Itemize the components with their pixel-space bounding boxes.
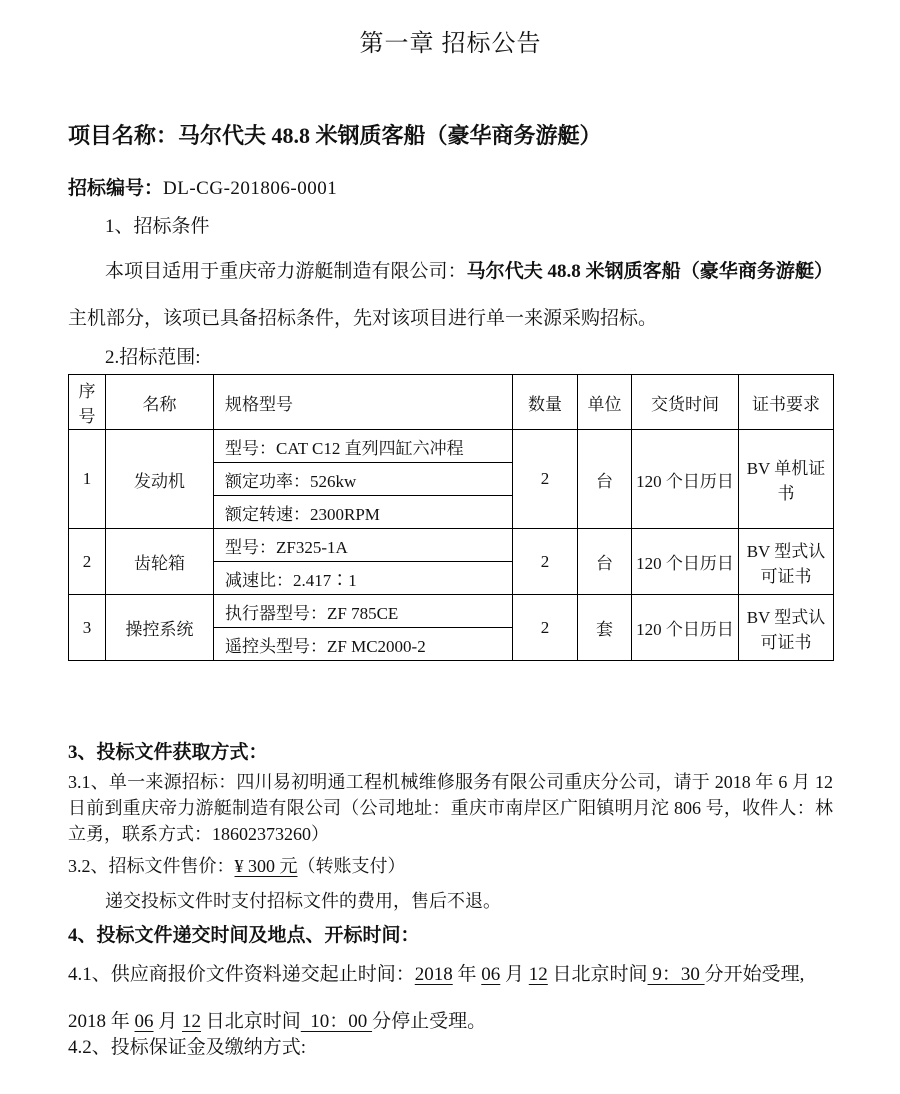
col-header-unit: 单位 <box>578 375 632 430</box>
cell-seq: 1 <box>69 430 106 529</box>
col-header-name: 名称 <box>106 375 214 430</box>
cell-unit: 套 <box>578 595 632 661</box>
section-3-heading: 3、投标文件获取方式： <box>68 741 833 764</box>
intro-project-bold: 马尔代夫 48.8 米钢质客船（豪华商务游艇） <box>467 261 833 282</box>
col-header-qty: 数量 <box>513 375 578 430</box>
cell-seq: 3 <box>69 595 106 661</box>
cell-name: 发动机 <box>106 430 214 529</box>
col-header-spec: 规格型号 <box>214 375 513 430</box>
item-4-2: 4.2、投标保证金及缴纳方式: <box>68 1036 833 1060</box>
text-stop-accepting: 分停止受理。 <box>372 1011 486 1032</box>
cell-delivery: 120 个日历日 <box>632 595 739 661</box>
col-header-seq: 序号 <box>69 375 106 430</box>
section-1-paragraph: 本项目适用于重庆帝力游艇制造有限公司：马尔代夫 48.8 米钢质客船（豪华商务游… <box>68 248 833 342</box>
table-row-gearbox: 2 齿轮箱 型号：ZF325-1A 2 台 120 个日历日 BV 型式认可证书 <box>69 529 834 562</box>
deadline-lead: 4.1、供应商报价文件资料递交起止时间： <box>68 964 415 985</box>
table-row-engine: 1 发动机 型号：CAT C12 直列四缸六冲程 2 台 120 个日历日 BV… <box>69 430 834 463</box>
document-page: 第一章 招标公告 项目名称：马尔代夫 48.8 米钢质客船（豪华商务游艇） 招标… <box>0 0 900 1094</box>
cell-unit: 台 <box>578 430 632 529</box>
table-row-control-system: 3 操控系统 执行器型号：ZF 785CE 2 套 120 个日历日 BV 型式… <box>69 595 834 628</box>
cell-spec: 额定转速：2300RPM <box>214 496 513 529</box>
tender-scope-table: 序号 名称 规格型号 数量 单位 交货时间 证书要求 1 发动机 型号：CAT … <box>68 374 834 661</box>
col-header-delivery: 交货时间 <box>632 375 739 430</box>
section-1-heading: 1、招标条件 <box>68 215 833 238</box>
cell-qty: 2 <box>513 529 578 595</box>
end-time: 10：00 <box>301 1011 372 1032</box>
cell-delivery: 120 个日历日 <box>632 529 739 595</box>
item-3-2-prefix: 3.2、招标文件售价： <box>68 856 235 876</box>
item-4-1-line-2: 2018 年 06 月 12 日北京时间 10：00 分停止受理。 <box>68 1010 833 1034</box>
section-4-heading: 4、投标文件递交时间及地点、开标时间： <box>68 924 833 947</box>
text-beijing-time: 日北京时间 <box>548 964 648 985</box>
item-3-2-note: 递交投标文件时支付招标文件的费用，售后不退。 <box>68 889 833 913</box>
cell-seq: 2 <box>69 529 106 595</box>
item-3-1: 3.1、单一来源招标：四川易初明通工程机械维修服务有限公司重庆分公司，请于 20… <box>68 769 833 847</box>
text-year-unit: 年 <box>453 964 482 985</box>
cell-spec: 型号：ZF325-1A <box>214 529 513 562</box>
col-header-cert: 证书要求 <box>739 375 834 430</box>
cell-cert: BV 型式认可证书 <box>739 595 834 661</box>
project-name: 项目名称：马尔代夫 48.8 米钢质客船（豪华商务游艇） <box>68 122 833 149</box>
chapter-title: 第一章 招标公告 <box>68 30 833 58</box>
text-month-unit: 月 <box>500 964 529 985</box>
cell-name: 齿轮箱 <box>106 529 214 595</box>
end-day: 12 <box>182 1011 201 1032</box>
start-time: 9：30 <box>648 964 705 985</box>
cell-cert: BV 型式认可证书 <box>739 529 834 595</box>
cell-unit: 台 <box>578 529 632 595</box>
intro-prefix: 本项目适用于重庆帝力游艇制造有限公司： <box>105 261 467 282</box>
intro-suffix: 主机部分，该项已具备招标条件，先对该项目进行单一来源采购招标。 <box>68 308 657 329</box>
text-beijing-time-2: 日北京时间 <box>201 1011 301 1032</box>
item-4-1-line-1: 4.1、供应商报价文件资料递交起止时间：2018 年 06 月 12 日北京时间… <box>68 963 833 987</box>
tender-number-value: DL-CG-201806-0001 <box>163 178 337 199</box>
tender-number-label: 招标编号： <box>68 178 163 199</box>
cell-qty: 2 <box>513 595 578 661</box>
end-month: 06 <box>135 1011 154 1032</box>
start-month: 06 <box>481 964 500 985</box>
section-2-heading: 2.招标范围: <box>68 346 833 369</box>
start-day: 12 <box>529 964 548 985</box>
start-year: 2018 <box>415 964 453 985</box>
tender-number-line: 招标编号：DL-CG-201806-0001 <box>68 177 833 200</box>
document-price: ¥ 300 元 <box>235 856 298 876</box>
item-3-2: 3.2、招标文件售价：¥ 300 元（转账支付） <box>68 854 833 878</box>
cell-spec: 遥控头型号：ZF MC2000-2 <box>214 628 513 661</box>
text-start-accepting: 分开始受理, <box>705 964 805 985</box>
cell-name: 操控系统 <box>106 595 214 661</box>
cell-delivery: 120 个日历日 <box>632 430 739 529</box>
end-lead: 2018 年 <box>68 1011 135 1032</box>
table-header-row: 序号 名称 规格型号 数量 单位 交货时间 证书要求 <box>69 375 834 430</box>
text-month-unit-2: 月 <box>154 1011 183 1032</box>
cell-spec: 型号：CAT C12 直列四缸六冲程 <box>214 430 513 463</box>
item-3-2-suffix: （转账支付） <box>298 856 406 876</box>
cell-spec: 额定功率：526kw <box>214 463 513 496</box>
cell-cert: BV 单机证书 <box>739 430 834 529</box>
cell-spec: 减速比：2.417∶1 <box>214 562 513 595</box>
cell-spec: 执行器型号：ZF 785CE <box>214 595 513 628</box>
cell-qty: 2 <box>513 430 578 529</box>
